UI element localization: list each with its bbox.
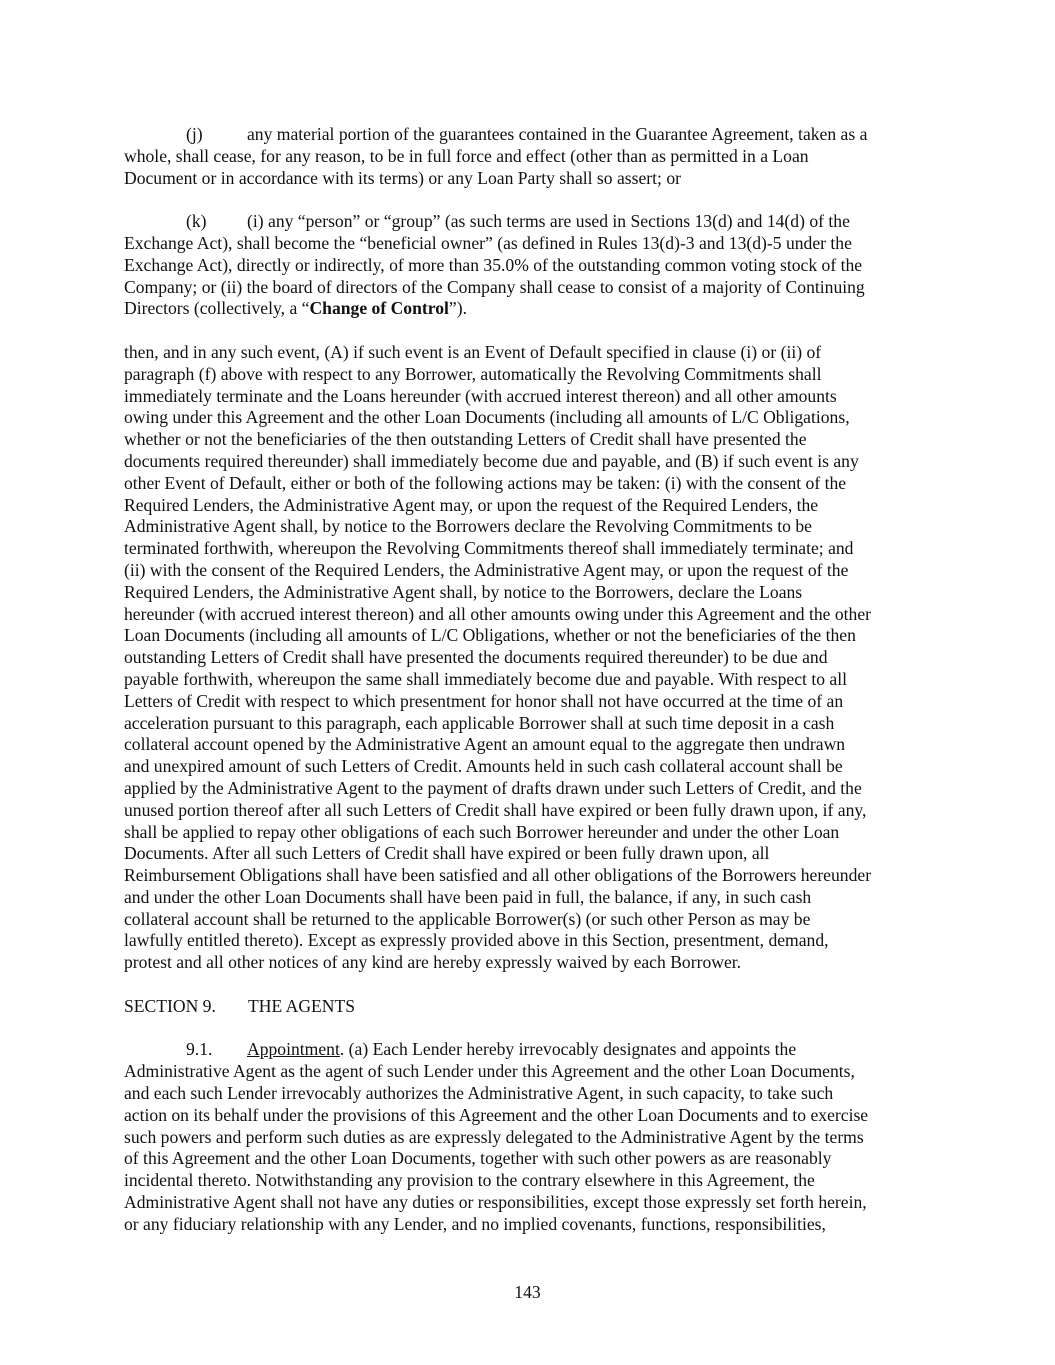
text-line: (ii) with the consent of the Required Le… xyxy=(124,560,936,582)
text-line: of this Agreement and the other Loan Doc… xyxy=(124,1148,936,1170)
text-line: Required Lenders, the Administrative Age… xyxy=(124,495,936,517)
text-line: Administrative Agent shall, by notice to… xyxy=(124,516,936,538)
subsection-number: 9.1. xyxy=(186,1039,247,1061)
text-line: lawfully entitled thereto). Except as ex… xyxy=(124,930,936,952)
text-line: whether or not the beneficiaries of the … xyxy=(124,429,936,451)
clause-label-j: (j) xyxy=(186,124,247,146)
text-line: terminated forthwith, whereupon the Revo… xyxy=(124,538,936,560)
text-line: hereunder (with accrued interest thereon… xyxy=(124,604,936,626)
text-line: incidental thereto. Notwithstanding any … xyxy=(124,1170,936,1192)
paragraph-j: (j)any material portion of the guarantee… xyxy=(124,124,936,189)
text-line: and under the other Loan Documents shall… xyxy=(124,887,936,909)
subsection-caption: Appointment xyxy=(247,1039,340,1059)
text-line: and each such Lender irrevocably authori… xyxy=(124,1083,936,1105)
paragraph-remedies: then, and in any such event, (A) if such… xyxy=(124,342,936,974)
page-number: 143 xyxy=(0,1282,1055,1304)
section-title: THE AGENTS xyxy=(248,996,355,1016)
text-line: protest and all other notices of any kin… xyxy=(124,952,936,974)
section-number: SECTION 9. xyxy=(124,996,248,1018)
defined-term-change-of-control: Change of Control xyxy=(309,298,448,318)
text-line: acceleration pursuant to this paragraph,… xyxy=(124,713,936,735)
text-line: and unexpired amount of such Letters of … xyxy=(124,756,936,778)
text-line: Letters of Credit with respect to which … xyxy=(124,691,936,713)
document-page: (j)any material portion of the guarantee… xyxy=(124,124,936,1236)
text-line: Administrative Agent shall not have any … xyxy=(124,1192,936,1214)
clause-label-k: (k) xyxy=(186,211,247,233)
text-line: owing under this Agreement and the other… xyxy=(124,407,936,429)
paragraph-k: (k)(i) any “person” or “group” (as such … xyxy=(124,211,936,320)
text-line: outstanding Letters of Credit shall have… xyxy=(124,647,936,669)
text-line: action on its behalf under the provision… xyxy=(124,1105,936,1127)
text-line: unused portion thereof after all such Le… xyxy=(124,800,936,822)
text-line: Loan Documents (including all amounts of… xyxy=(124,625,936,647)
text-line: Required Lenders, the Administrative Age… xyxy=(124,582,936,604)
text-line: Administrative Agent as the agent of suc… xyxy=(124,1061,936,1083)
text-line: then, and in any such event, (A) if such… xyxy=(124,342,936,364)
text-line: other Event of Default, either or both o… xyxy=(124,473,936,495)
text-line: collateral account shall be returned to … xyxy=(124,909,936,931)
text-line: shall be applied to repay other obligati… xyxy=(124,822,936,844)
text-line: paragraph (f) above with respect to any … xyxy=(124,364,936,386)
text-line: Documents. After all such Letters of Cre… xyxy=(124,843,936,865)
text-line: payable forthwith, whereupon the same sh… xyxy=(124,669,936,691)
paragraph-9-1: 9.1.Appointment. (a) Each Lender hereby … xyxy=(124,1039,936,1235)
text-line: such powers and perform such duties as a… xyxy=(124,1127,936,1149)
section-heading: SECTION 9.THE AGENTS xyxy=(124,996,936,1018)
text-line: Reimbursement Obligations shall have bee… xyxy=(124,865,936,887)
text-line: collateral account opened by the Adminis… xyxy=(124,734,936,756)
text-line: immediately terminate and the Loans here… xyxy=(124,386,936,408)
text-line: documents required thereunder) shall imm… xyxy=(124,451,936,473)
text-line: applied by the Administrative Agent to t… xyxy=(124,778,936,800)
text-line: or any fiduciary relationship with any L… xyxy=(124,1214,936,1236)
